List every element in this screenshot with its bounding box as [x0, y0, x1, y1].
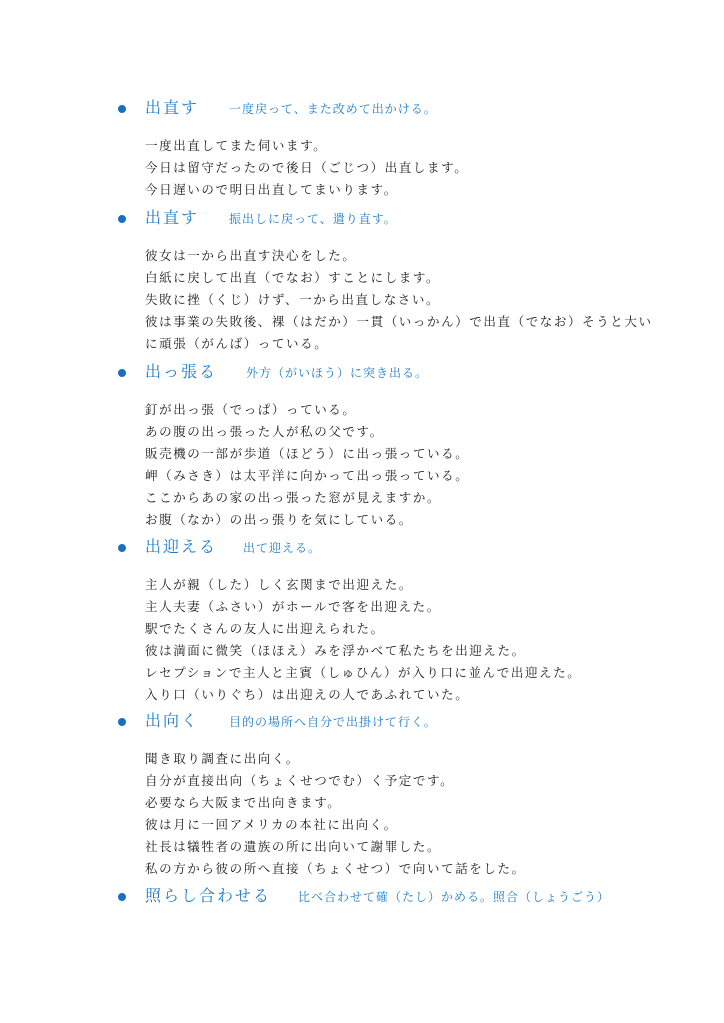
vocab-entry: 出直す 一度戻って、また改めて出かける。 一度出直してまた伺います。 今日は留守…: [118, 97, 678, 201]
example-list: 釘が出っ張（でっぱ）っている。 あの腹の出っ張った人が私の父です。 販売機の一部…: [145, 399, 678, 531]
example-sentence: 彼女は一から出直す決心をした。: [145, 245, 678, 267]
example-sentence: 私の方から彼の所へ直接（ちょくせつ）で向いて話をした。: [145, 858, 678, 880]
entry-word: 出っ張る: [145, 361, 217, 383]
bullet-icon: [118, 718, 126, 726]
example-sentence: 失敗に挫（くじ）けず、一から出直しなさい。: [145, 289, 678, 311]
example-list: 主人が親（した）しく玄関まで出迎えた。 主人夫妻（ふさい）がホールで客を出迎えた…: [145, 574, 678, 706]
entry-heading: 出向く 目的の場所へ自分で出掛けて行く。: [118, 710, 678, 734]
vocab-entry: 出っ張る 外方（がいほう）に突き出る。 釘が出っ張（でっぱ）っている。 あの腹の…: [118, 361, 678, 531]
entry-word: 照らし合わせる: [145, 885, 271, 907]
entry-definition: 一度戻って、また改めて出かける。: [229, 100, 437, 118]
entry-heading: 出迎える 出て迎える。: [118, 536, 678, 560]
entry-definition: 比べ合わせて確（たし）かめる。照合（しょうごう）: [298, 888, 610, 906]
example-sentence: 彼は満面に微笑（ほほえ）みを浮かべて私たちを出迎えた。: [145, 640, 678, 662]
example-sentence: 白紙に戻して出直（でなお）すことにします。: [145, 267, 678, 289]
entry-heading: 出直す 振出しに戻って、遣り直す。: [118, 207, 678, 231]
example-sentence: 販売機の一部が歩道（ほどう）に出っ張っている。: [145, 443, 678, 465]
example-list: 一度出直してまた伺います。 今日は留守だったので後日（ごじつ）出直します。 今日…: [145, 135, 678, 201]
entry-definition: 振出しに戻って、遣り直す。: [229, 210, 397, 228]
example-sentence: 釘が出っ張（でっぱ）っている。: [145, 399, 678, 421]
entry-definition: 目的の場所へ自分で出掛けて行く。: [229, 713, 437, 731]
example-sentence: 一度出直してまた伺います。: [145, 135, 678, 157]
example-sentence: 今日遅いので明日出直してまいります。: [145, 179, 678, 201]
example-sentence: 彼は事業の失敗後、裸（はだか）一貫（いっかん）で出直（でなお）そうと大い: [145, 311, 678, 333]
example-sentence: レセプションで主人と主賓（しゅひん）が入り口に並んで出迎えた。: [145, 662, 678, 684]
entry-word: 出直す: [145, 207, 199, 229]
example-sentence: ここからあの家の出っ張った窓が見えますか。: [145, 487, 678, 509]
bullet-icon: [118, 893, 126, 901]
entry-word: 出迎える: [145, 536, 217, 558]
example-sentence: 自分が直接出向（ちょくせつでむ）く予定です。: [145, 770, 678, 792]
example-sentence: に頑張（がんば）っている。: [145, 333, 678, 355]
example-sentence: 主人が親（した）しく玄関まで出迎えた。: [145, 574, 678, 596]
example-sentence: 岬（みさき）は太平洋に向かって出っ張っている。: [145, 465, 678, 487]
example-sentence: 主人夫妻（ふさい）がホールで客を出迎えた。: [145, 596, 678, 618]
entry-definition: 出て迎える。: [243, 539, 321, 557]
entry-definition: 外方（がいほう）に突き出る。: [246, 364, 428, 382]
example-sentence: 社長は犠牲者の遺族の所に出向いて謝罪した。: [145, 836, 678, 858]
document-page: 出直す 一度戻って、また改めて出かける。 一度出直してまた伺います。 今日は留守…: [0, 0, 724, 1023]
bullet-icon: [118, 105, 126, 113]
entry-heading: 照らし合わせる 比べ合わせて確（たし）かめる。照合（しょうごう）: [118, 885, 678, 909]
vocab-entry: 出向く 目的の場所へ自分で出掛けて行く。 聞き取り調査に出向く。 自分が直接出向…: [118, 710, 678, 880]
entry-heading: 出直す 一度戻って、また改めて出かける。: [118, 97, 678, 121]
bullet-icon: [118, 544, 126, 552]
example-list: 彼女は一から出直す決心をした。 白紙に戻して出直（でなお）すことにします。 失敗…: [145, 245, 678, 355]
example-sentence: 必要なら大阪まで出向きます。: [145, 792, 678, 814]
example-sentence: 駅でたくさんの友人に出迎えられた。: [145, 618, 678, 640]
vocab-entry: 出迎える 出て迎える。 主人が親（した）しく玄関まで出迎えた。 主人夫妻（ふさい…: [118, 536, 678, 706]
bullet-icon: [118, 369, 126, 377]
example-sentence: 入り口（いりぐち）は出迎えの人であふれていた。: [145, 684, 678, 706]
example-sentence: 彼は月に一回アメリカの本社に出向く。: [145, 814, 678, 836]
example-sentence: お腹（なか）の出っ張りを気にしている。: [145, 509, 678, 531]
bullet-icon: [118, 215, 126, 223]
example-sentence: 聞き取り調査に出向く。: [145, 748, 678, 770]
vocab-entry: 出直す 振出しに戻って、遣り直す。 彼女は一から出直す決心をした。 白紙に戻して…: [118, 207, 678, 355]
example-list: 聞き取り調査に出向く。 自分が直接出向（ちょくせつでむ）く予定です。 必要なら大…: [145, 748, 678, 880]
entry-word: 出直す: [145, 97, 199, 119]
entry-word: 出向く: [145, 710, 199, 732]
entry-heading: 出っ張る 外方（がいほう）に突き出る。: [118, 361, 678, 385]
example-sentence: あの腹の出っ張った人が私の父です。: [145, 421, 678, 443]
example-sentence: 今日は留守だったので後日（ごじつ）出直します。: [145, 157, 678, 179]
vocab-entry: 照らし合わせる 比べ合わせて確（たし）かめる。照合（しょうごう）: [118, 885, 678, 909]
